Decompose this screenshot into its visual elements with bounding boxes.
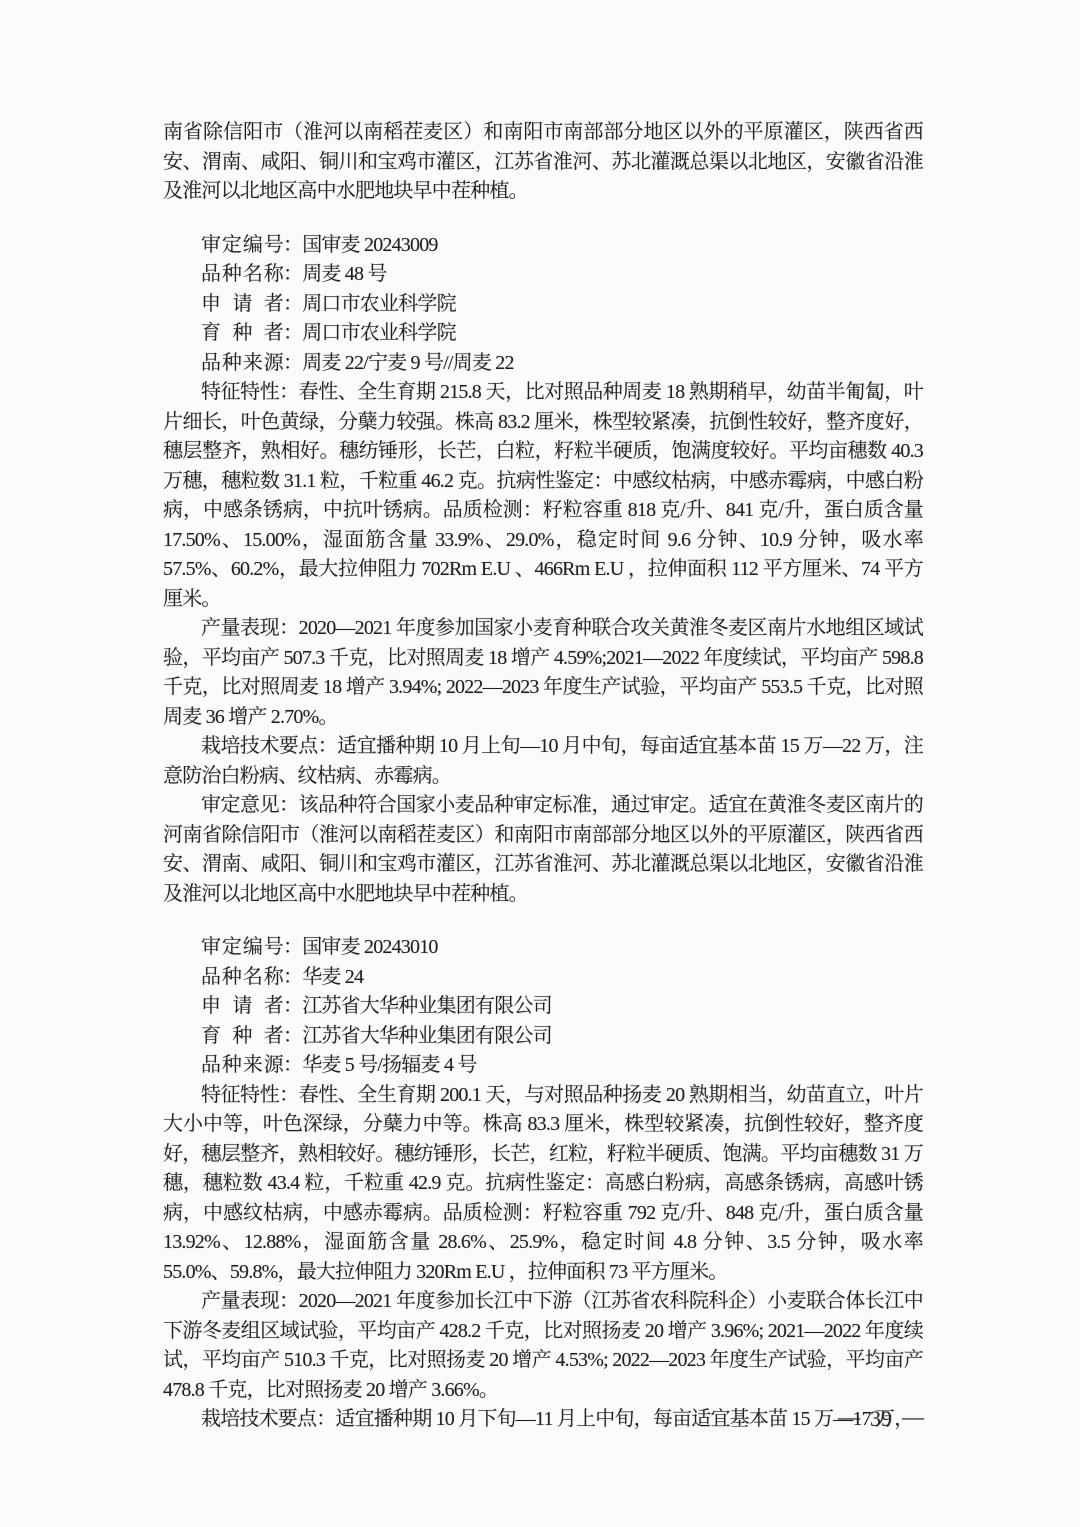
field-value: 国审麦 20243010 [302, 936, 437, 958]
field-colon: ： [283, 352, 302, 374]
field-value: 江苏省大华种业集团有限公司 [302, 1025, 552, 1047]
paragraph-yield: 产量表现：2020—2021 年度参加国家小麦育种联合攻关黄淮冬麦区南片水地组区… [163, 614, 923, 732]
field-value: 国审麦 20243009 [302, 234, 437, 256]
field-label: 品种来源 [201, 349, 283, 379]
field-value: 周口市农业科学院 [302, 322, 456, 344]
field-label: 审定编号 [201, 231, 283, 261]
field-label: 审定编号 [201, 933, 283, 963]
field-colon: ： [283, 936, 302, 958]
field-label: 品种来源 [201, 1051, 283, 1081]
paragraph-cultivation: 栽培技术要点：适宜播种期 10 月上旬—10 月中旬，每亩适宜基本苗 15 万—… [163, 732, 923, 791]
field-row: 育种者：江苏省大华种业集团有限公司 [163, 1022, 923, 1052]
field-value: 华麦 24 [302, 966, 363, 988]
paragraph-traits: 特征特性：春性、全生育期 215.8 天，比对照品种周麦 18 熟期稍早，幼苗半… [163, 378, 923, 614]
footer-number: 39 [870, 1406, 892, 1431]
field-value: 江苏省大华种业集团有限公司 [302, 995, 552, 1017]
field-label: 育种者 [201, 1022, 283, 1052]
field-label: 申请者 [201, 992, 283, 1022]
field-row: 品种来源：华麦 5 号/扬辐麦 4 号 [163, 1051, 923, 1081]
paragraph-yield: 产量表现：2020—2021 年度参加长江中下游（江苏省农科院科企）小麦联合体长… [163, 1287, 923, 1405]
field-label: 品种名称 [201, 963, 283, 993]
field-row: 审定编号：国审麦 20243009 [163, 231, 923, 261]
field-colon: ： [283, 234, 302, 256]
field-colon: ： [283, 263, 302, 285]
footer-dash-left: — [838, 1404, 860, 1429]
field-colon: ： [283, 322, 302, 344]
field-value: 华麦 5 号/扬辐麦 4 号 [302, 1054, 476, 1076]
paragraph-cultivation: 栽培技术要点：适宜播种期 10 月下旬—11 月上中旬，每亩适宜基本苗 15 万… [163, 1405, 923, 1435]
field-row: 审定编号：国审麦 20243010 [163, 933, 923, 963]
field-colon: ： [283, 1025, 302, 1047]
paragraph-traits: 特征特性：春性、全生育期 200.1 天，与对照品种扬麦 20 熟期相当，幼苗直… [163, 1081, 923, 1288]
field-colon: ： [283, 966, 302, 988]
field-colon: ： [283, 995, 302, 1017]
field-row: 品种来源：周麦 22/宁麦 9 号//周麦 22 [163, 349, 923, 379]
field-label: 申请者 [201, 290, 283, 320]
continuation-paragraph: 南省除信阳市（淮河以南稻茬麦区）和南阳市南部部分地区以外的平原灌区，陕西省西安、… [163, 118, 923, 207]
document-page: 南省除信阳市（淮河以南稻茬麦区）和南阳市南部部分地区以外的平原灌区，陕西省西安、… [0, 0, 1080, 1527]
page-number: —39— [828, 1406, 934, 1432]
field-row: 品种名称：周麦 48 号 [163, 260, 923, 290]
field-row: 品种名称：华麦 24 [163, 963, 923, 993]
variety-section-20243010: 审定编号：国审麦 20243010 品种名称：华麦 24 申请者：江苏省大华种业… [163, 933, 923, 1435]
field-colon: ： [283, 293, 302, 315]
field-row: 申请者：周口市农业科学院 [163, 290, 923, 320]
field-value: 周麦 48 号 [302, 263, 386, 285]
paragraph-approval-opinion: 审定意见：该品种符合国家小麦品种审定标准，通过审定。适宜在黄淮冬麦区南片的河南省… [163, 791, 923, 909]
field-value: 周口市农业科学院 [302, 293, 456, 315]
footer-dash-right: — [902, 1404, 924, 1429]
field-colon: ： [283, 1054, 302, 1076]
text-block: 南省除信阳市（淮河以南稻茬麦区）和南阳市南部部分地区以外的平原灌区，陕西省西安、… [163, 118, 923, 1435]
field-row: 育种者：周口市农业科学院 [163, 319, 923, 349]
field-label: 育种者 [201, 319, 283, 349]
field-value: 周麦 22/宁麦 9 号//周麦 22 [302, 352, 513, 374]
field-row: 申请者：江苏省大华种业集团有限公司 [163, 992, 923, 1022]
field-label: 品种名称 [201, 260, 283, 290]
variety-section-20243009: 审定编号：国审麦 20243009 品种名称：周麦 48 号 申请者：周口市农业… [163, 231, 923, 910]
